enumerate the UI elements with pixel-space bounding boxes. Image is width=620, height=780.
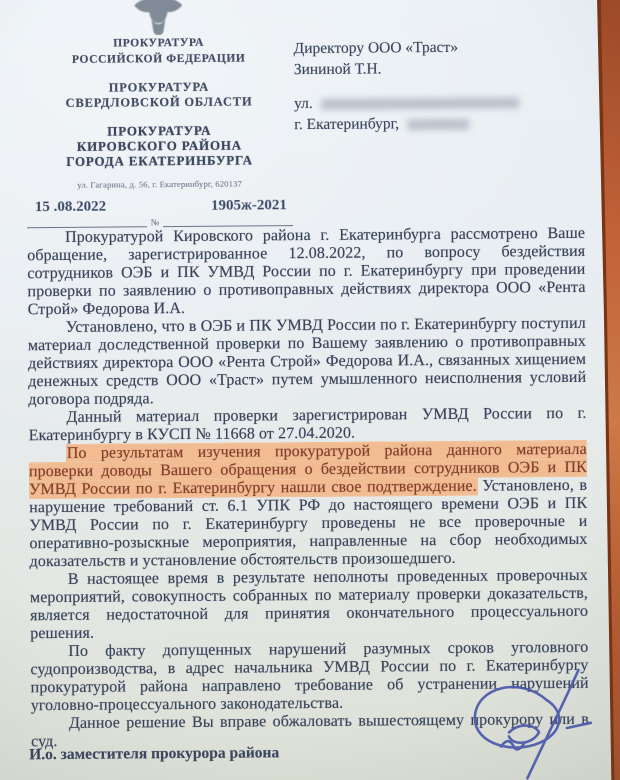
paragraph-1: Прокуратурой Кировского района г. Екатер… xyxy=(27,225,586,319)
underline-left xyxy=(27,216,147,228)
handwritten-signature xyxy=(450,666,596,780)
letter-content: ПРОКУРАТУРА РОССИЙСКОЙ ФЕДЕРАЦИИ ПРОКУРА… xyxy=(0,0,620,780)
letter-date: 15 .08.2022 xyxy=(35,199,106,217)
number-underline-row: № xyxy=(27,215,293,228)
org-federal-line1: ПРОКУРАТУРА xyxy=(26,36,292,52)
paragraph-2: Установлено, что в ОЭБ и ПК УМВД России … xyxy=(28,315,587,409)
signer-title: И.о. заместителя прокурора района xyxy=(29,744,279,764)
addressee-city-line: г. Екатеринбург, xyxy=(294,112,564,135)
letterhead: ПРОКУРАТУРА РОССИЙСКОЙ ФЕДЕРАЦИИ ПРОКУРА… xyxy=(25,0,293,228)
letter-paper: ПРОКУРАТУРА РОССИЙСКОЙ ФЕДЕРАЦИИ ПРОКУРА… xyxy=(0,0,620,780)
number-sign: № xyxy=(147,218,164,227)
redacted-street-blur xyxy=(321,97,519,110)
letterhead-address: ул. Гагарина, д. 56, г. Екатеринбург, 62… xyxy=(27,178,293,190)
org-district-line3: ГОРОДА ЕКАТЕРИНБУРГА xyxy=(26,152,292,169)
date-number-row: 15 .08.2022 1905ж-2021 xyxy=(27,197,293,216)
city-prefix: г. Екатеринбург, xyxy=(294,115,399,133)
paragraph-4: По результатам изучения прокуратурой рай… xyxy=(29,441,588,571)
addressee-street-line: ул. xyxy=(294,91,564,114)
letter-number: 1905ж-2021 xyxy=(211,197,287,215)
street-prefix: ул. xyxy=(294,95,313,112)
prosecutor-emblem-icon xyxy=(25,0,291,36)
org-federal-line2: РОССИЙСКОЙ ФЕДЕРАЦИИ xyxy=(26,52,292,68)
redacted-city-blur xyxy=(407,119,469,130)
underline-right xyxy=(163,215,293,227)
document-photo: ПРОКУРАТУРА РОССИЙСКОЙ ФЕДЕРАЦИИ ПРОКУРА… xyxy=(0,0,620,780)
addressee-position: Директору ООО «Траст» xyxy=(294,36,564,59)
addressee-name: Зининой Т.Н. xyxy=(294,57,564,80)
paragraph-5: В настоящее время в результате неполноты… xyxy=(30,567,589,643)
addressee-block: Директору ООО «Траст» Зининой Т.Н. ул. г… xyxy=(294,36,565,135)
org-region-line2: СВЕРДЛОВСКОЙ ОБЛАСТИ xyxy=(26,94,292,111)
paragraph-3: Данный материал проверки зарегистрирован… xyxy=(28,405,586,445)
